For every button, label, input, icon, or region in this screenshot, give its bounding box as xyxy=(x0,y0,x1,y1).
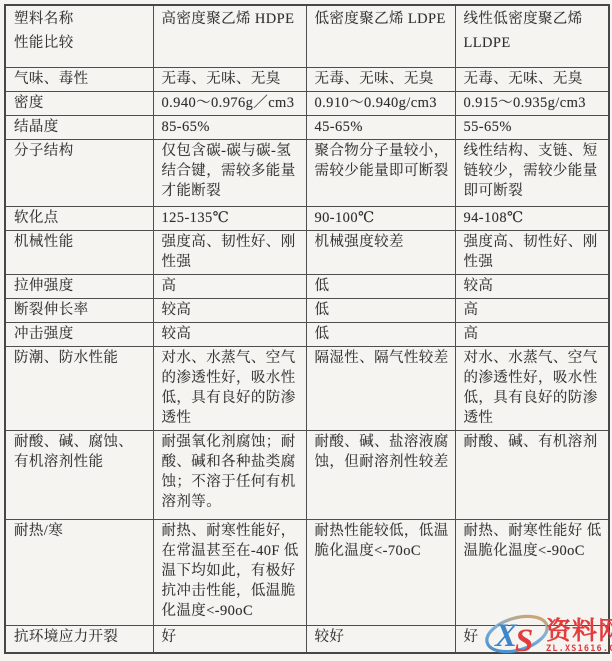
cell-ldpe: 低 xyxy=(306,322,455,346)
cell-lldpe: 高 xyxy=(455,298,609,322)
cell-lldpe: 94-108℃ xyxy=(455,206,609,230)
cell-ldpe: 低 xyxy=(306,298,455,322)
cell-hdpe: 85-65% xyxy=(153,115,306,139)
cell-hdpe: 好 xyxy=(153,625,306,653)
table-row: 拉伸强度 高 低 较高 xyxy=(5,274,609,298)
corner-label-line1: 塑料名称 xyxy=(14,7,148,31)
cell-ldpe: 0.910～0.940g/cm3 xyxy=(306,91,455,115)
table-row: 分子结构 仅包含碳-碳与碳-氢结合键，需较多能量才能断裂 聚合物分子量较小，需较… xyxy=(5,139,609,206)
cell-ldpe: 隔湿性、隔气性较差 xyxy=(306,346,455,430)
table-row: 断裂伸长率 较高 低 高 xyxy=(5,298,609,322)
row-label: 气味、毒性 xyxy=(5,67,153,91)
row-label: 耐热/寒 xyxy=(5,519,153,625)
cell-lldpe: 高 xyxy=(455,322,609,346)
table-body: 气味、毒性 无毒、无味、无臭 无毒、无味、无臭 无毒、无味、无臭 密度 0.94… xyxy=(5,67,609,653)
cell-lldpe: 55-65% xyxy=(455,115,609,139)
table-row: 耐酸、碱、腐蚀、有机溶剂性能 耐强氧化剂腐蚀；耐酸、碱和各种盐类腐蚀；不溶于任何… xyxy=(5,430,609,519)
table-row: 防潮、防水性能 对水、水蒸气、空气的渗透性好，吸水性低，具有良好的防渗透性 隔湿… xyxy=(5,346,609,430)
table-row: 密度 0.940～0.976g／cm3 0.910～0.940g/cm3 0.9… xyxy=(5,91,609,115)
xs-logo-icon: X S xyxy=(484,601,552,659)
header-col-lldpe: 线性低密度聚乙烯 LLDPE xyxy=(455,5,609,67)
watermark-text-block: 资料网 ZL.XS1616.COM xyxy=(546,619,612,659)
row-label: 机械性能 xyxy=(5,230,153,274)
row-label: 软化点 xyxy=(5,206,153,230)
cell-ldpe: 低 xyxy=(306,274,455,298)
cell-lldpe: 较高 xyxy=(455,274,609,298)
cell-ldpe: 较好 xyxy=(306,625,455,653)
cell-lldpe: 对水、水蒸气、空气的渗透性好，吸水性低，具有良好的防渗透性 xyxy=(455,346,609,430)
table-row: 机械性能 强度高、韧性好、刚性强 机械强度较差 强度高、韧性好、刚性强 xyxy=(5,230,609,274)
header-corner-cell: 塑料名称 性能比较 xyxy=(5,5,153,67)
watermark-url: ZL.XS1616.COM xyxy=(546,644,612,655)
row-label: 密度 xyxy=(5,91,153,115)
watermark-brand: 资料网 xyxy=(546,619,612,644)
table-row: 软化点 125-135℃ 90-100℃ 94-108℃ xyxy=(5,206,609,230)
corner-label-line2: 性能比较 xyxy=(14,31,148,55)
cell-hdpe: 强度高、韧性好、刚性强 xyxy=(153,230,306,274)
row-label: 防潮、防水性能 xyxy=(5,346,153,430)
row-label: 抗环境应力开裂 xyxy=(5,625,153,653)
row-label: 结晶度 xyxy=(5,115,153,139)
logo-letter-s: S xyxy=(515,623,533,659)
cell-lldpe: 强度高、韧性好、刚性强 xyxy=(455,230,609,274)
cell-hdpe: 耐强氧化剂腐蚀；耐酸、碱和各种盐类腐蚀；不溶于任何有机溶剂等。 xyxy=(153,430,306,519)
cell-ldpe: 机械强度较差 xyxy=(306,230,455,274)
plastics-comparison-table: 塑料名称 性能比较 高密度聚乙烯 HDPE 低密度聚乙烯 LDPE 线性低密度聚… xyxy=(4,4,610,654)
cell-hdpe: 较高 xyxy=(153,298,306,322)
cell-ldpe: 45-65% xyxy=(306,115,455,139)
cell-hdpe: 125-135℃ xyxy=(153,206,306,230)
row-label: 拉伸强度 xyxy=(5,274,153,298)
cell-hdpe: 高 xyxy=(153,274,306,298)
cell-lldpe: 0.915～0.935g/cm3 xyxy=(455,91,609,115)
cell-lldpe: 耐酸、碱、有机溶剂 xyxy=(455,430,609,519)
header-row: 塑料名称 性能比较 高密度聚乙烯 HDPE 低密度聚乙烯 LDPE 线性低密度聚… xyxy=(5,5,609,67)
header-col-ldpe: 低密度聚乙烯 LDPE xyxy=(306,5,455,67)
cell-hdpe: 较高 xyxy=(153,322,306,346)
header-col-hdpe: 高密度聚乙烯 HDPE xyxy=(153,5,306,67)
cell-ldpe: 90-100℃ xyxy=(306,206,455,230)
cell-hdpe: 仅包含碳-碳与碳-氢结合键，需较多能量才能断裂 xyxy=(153,139,306,206)
row-label: 冲击强度 xyxy=(5,322,153,346)
table-row: 冲击强度 较高 低 高 xyxy=(5,322,609,346)
row-label: 分子结构 xyxy=(5,139,153,206)
table-row: 结晶度 85-65% 45-65% 55-65% xyxy=(5,115,609,139)
row-label: 耐酸、碱、腐蚀、有机溶剂性能 xyxy=(5,430,153,519)
cell-hdpe: 对水、水蒸气、空气的渗透性好，吸水性低，具有良好的防渗透性 xyxy=(153,346,306,430)
table-header: 塑料名称 性能比较 高密度聚乙烯 HDPE 低密度聚乙烯 LDPE 线性低密度聚… xyxy=(5,5,609,67)
cell-hdpe: 无毒、无味、无臭 xyxy=(153,67,306,91)
cell-lldpe: 无毒、无味、无臭 xyxy=(455,67,609,91)
cell-ldpe: 耐酸、碱、盐溶液腐蚀，但耐溶剂性较差 xyxy=(306,430,455,519)
row-label: 断裂伸长率 xyxy=(5,298,153,322)
cell-ldpe: 聚合物分子量较小，需较少能量即可断裂 xyxy=(306,139,455,206)
cell-lldpe: 线性结构、支链、短链较少，需较少能量即可断裂 xyxy=(455,139,609,206)
cell-hdpe: 耐热、耐寒性能好，在常温甚至在-40F 低温下均如此，有极好抗冲击性能，低温脆化… xyxy=(153,519,306,625)
cell-ldpe: 无毒、无味、无臭 xyxy=(306,67,455,91)
cell-ldpe: 耐热性能较低，低温脆化温度<-70oC xyxy=(306,519,455,625)
table-row: 气味、毒性 无毒、无味、无臭 无毒、无味、无臭 无毒、无味、无臭 xyxy=(5,67,609,91)
cell-hdpe: 0.940～0.976g／cm3 xyxy=(153,91,306,115)
scanned-table-page: 塑料名称 性能比较 高密度聚乙烯 HDPE 低密度聚乙烯 LDPE 线性低密度聚… xyxy=(0,0,612,661)
watermark-logo: X S 资料网 ZL.XS1616.COM xyxy=(484,601,612,659)
